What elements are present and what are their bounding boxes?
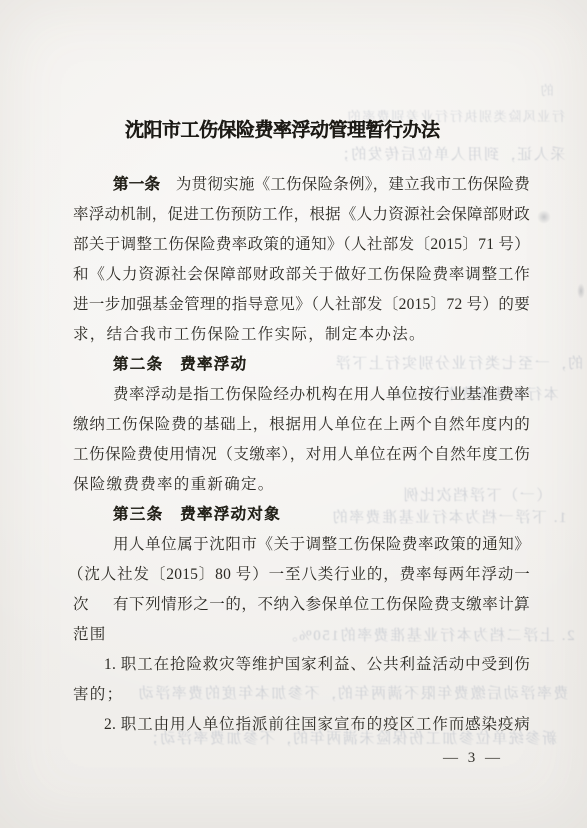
article-label: 第三条 费率浮动对象 xyxy=(113,506,281,523)
doc-line: 求，结合我市工伤保险工作实际，制定本办法。 xyxy=(73,320,530,350)
document-body: 沈阳市工伤保险费率浮动管理暂行办法 第一条 为贯彻实施《工伤保险条例》，建立我市… xyxy=(73,118,530,740)
doc-line-article3: 第三条 费率浮动对象 xyxy=(73,500,530,530)
doc-line: （沈人社发〔2015〕80 号）一至八类行业的，费率每两年浮动一次。 xyxy=(73,560,530,590)
doc-line: 范围 xyxy=(73,620,530,650)
scan-smudge xyxy=(577,283,585,299)
article-label: 第二条 费率浮动 xyxy=(113,356,247,373)
doc-line: 进一步加强基金管理的指导意见》（人社部发〔2015〕72 号）的要 xyxy=(73,290,530,320)
doc-line-article1: 第一条 为贯彻实施《工伤保险条例》，建立我市工伤保险费 xyxy=(73,170,530,200)
doc-line: 有下列情形之一的，不纳入参保单位工伤保险费支缴率计算 xyxy=(73,590,530,620)
doc-line: 费率浮动是指工伤保险经办机构在用人单位按行业基准费率 xyxy=(73,380,530,410)
doc-line: 害的； xyxy=(73,680,530,710)
article-label: 第一条 xyxy=(113,176,160,193)
page-number: — 3 — xyxy=(443,750,503,767)
doc-line: 部关于调整工伤保险费率政策的通知》（人社部发〔2015〕71 号） xyxy=(73,230,530,260)
document-text: 第一条 为贯彻实施《工伤保险条例》，建立我市工伤保险费 率浮动机制，促进工伤预防… xyxy=(73,170,530,740)
doc-line: 用人单位属于沈阳市《关于调整工伤保险费率政策的通知》 xyxy=(73,530,530,560)
doc-line: 工伤保险费使用情况（支缴率），对用人单位在两个自然年度工伤 xyxy=(73,440,530,470)
doc-line: 缴纳工伤保险费的基础上，根据用人单位在上两个自然年度内的 xyxy=(73,410,530,440)
doc-line-article2: 第二条 费率浮动 xyxy=(73,350,530,380)
doc-line-item1: 1. 职工在抢险救灾等维护国家利益、公共利益活动中受到伤 xyxy=(73,650,530,680)
scanned-document-page: 的 行业风险类别执行行业差别费率的 采人证，到用人单位后传发的； 的，一至七类行… xyxy=(0,0,587,828)
bleedthrough-text: 的 xyxy=(539,80,554,99)
doc-line-item2: 2. 职工由用人单位指派前往国家宣布的疫区工作而感染疫病 xyxy=(73,710,530,740)
doc-line: 率浮动机制，促进工伤预防工作，根据《人力资源社会保障部财政 xyxy=(73,200,530,230)
doc-line: 和《人力资源社会保障部财政部关于做好工伤保险费率调整工作 xyxy=(73,260,530,290)
document-title: 沈阳市工伤保险费率浮动管理暂行办法 xyxy=(73,118,530,144)
doc-line: 保险缴费费率的重新确定。 xyxy=(73,470,530,500)
scan-smudge xyxy=(537,210,551,224)
